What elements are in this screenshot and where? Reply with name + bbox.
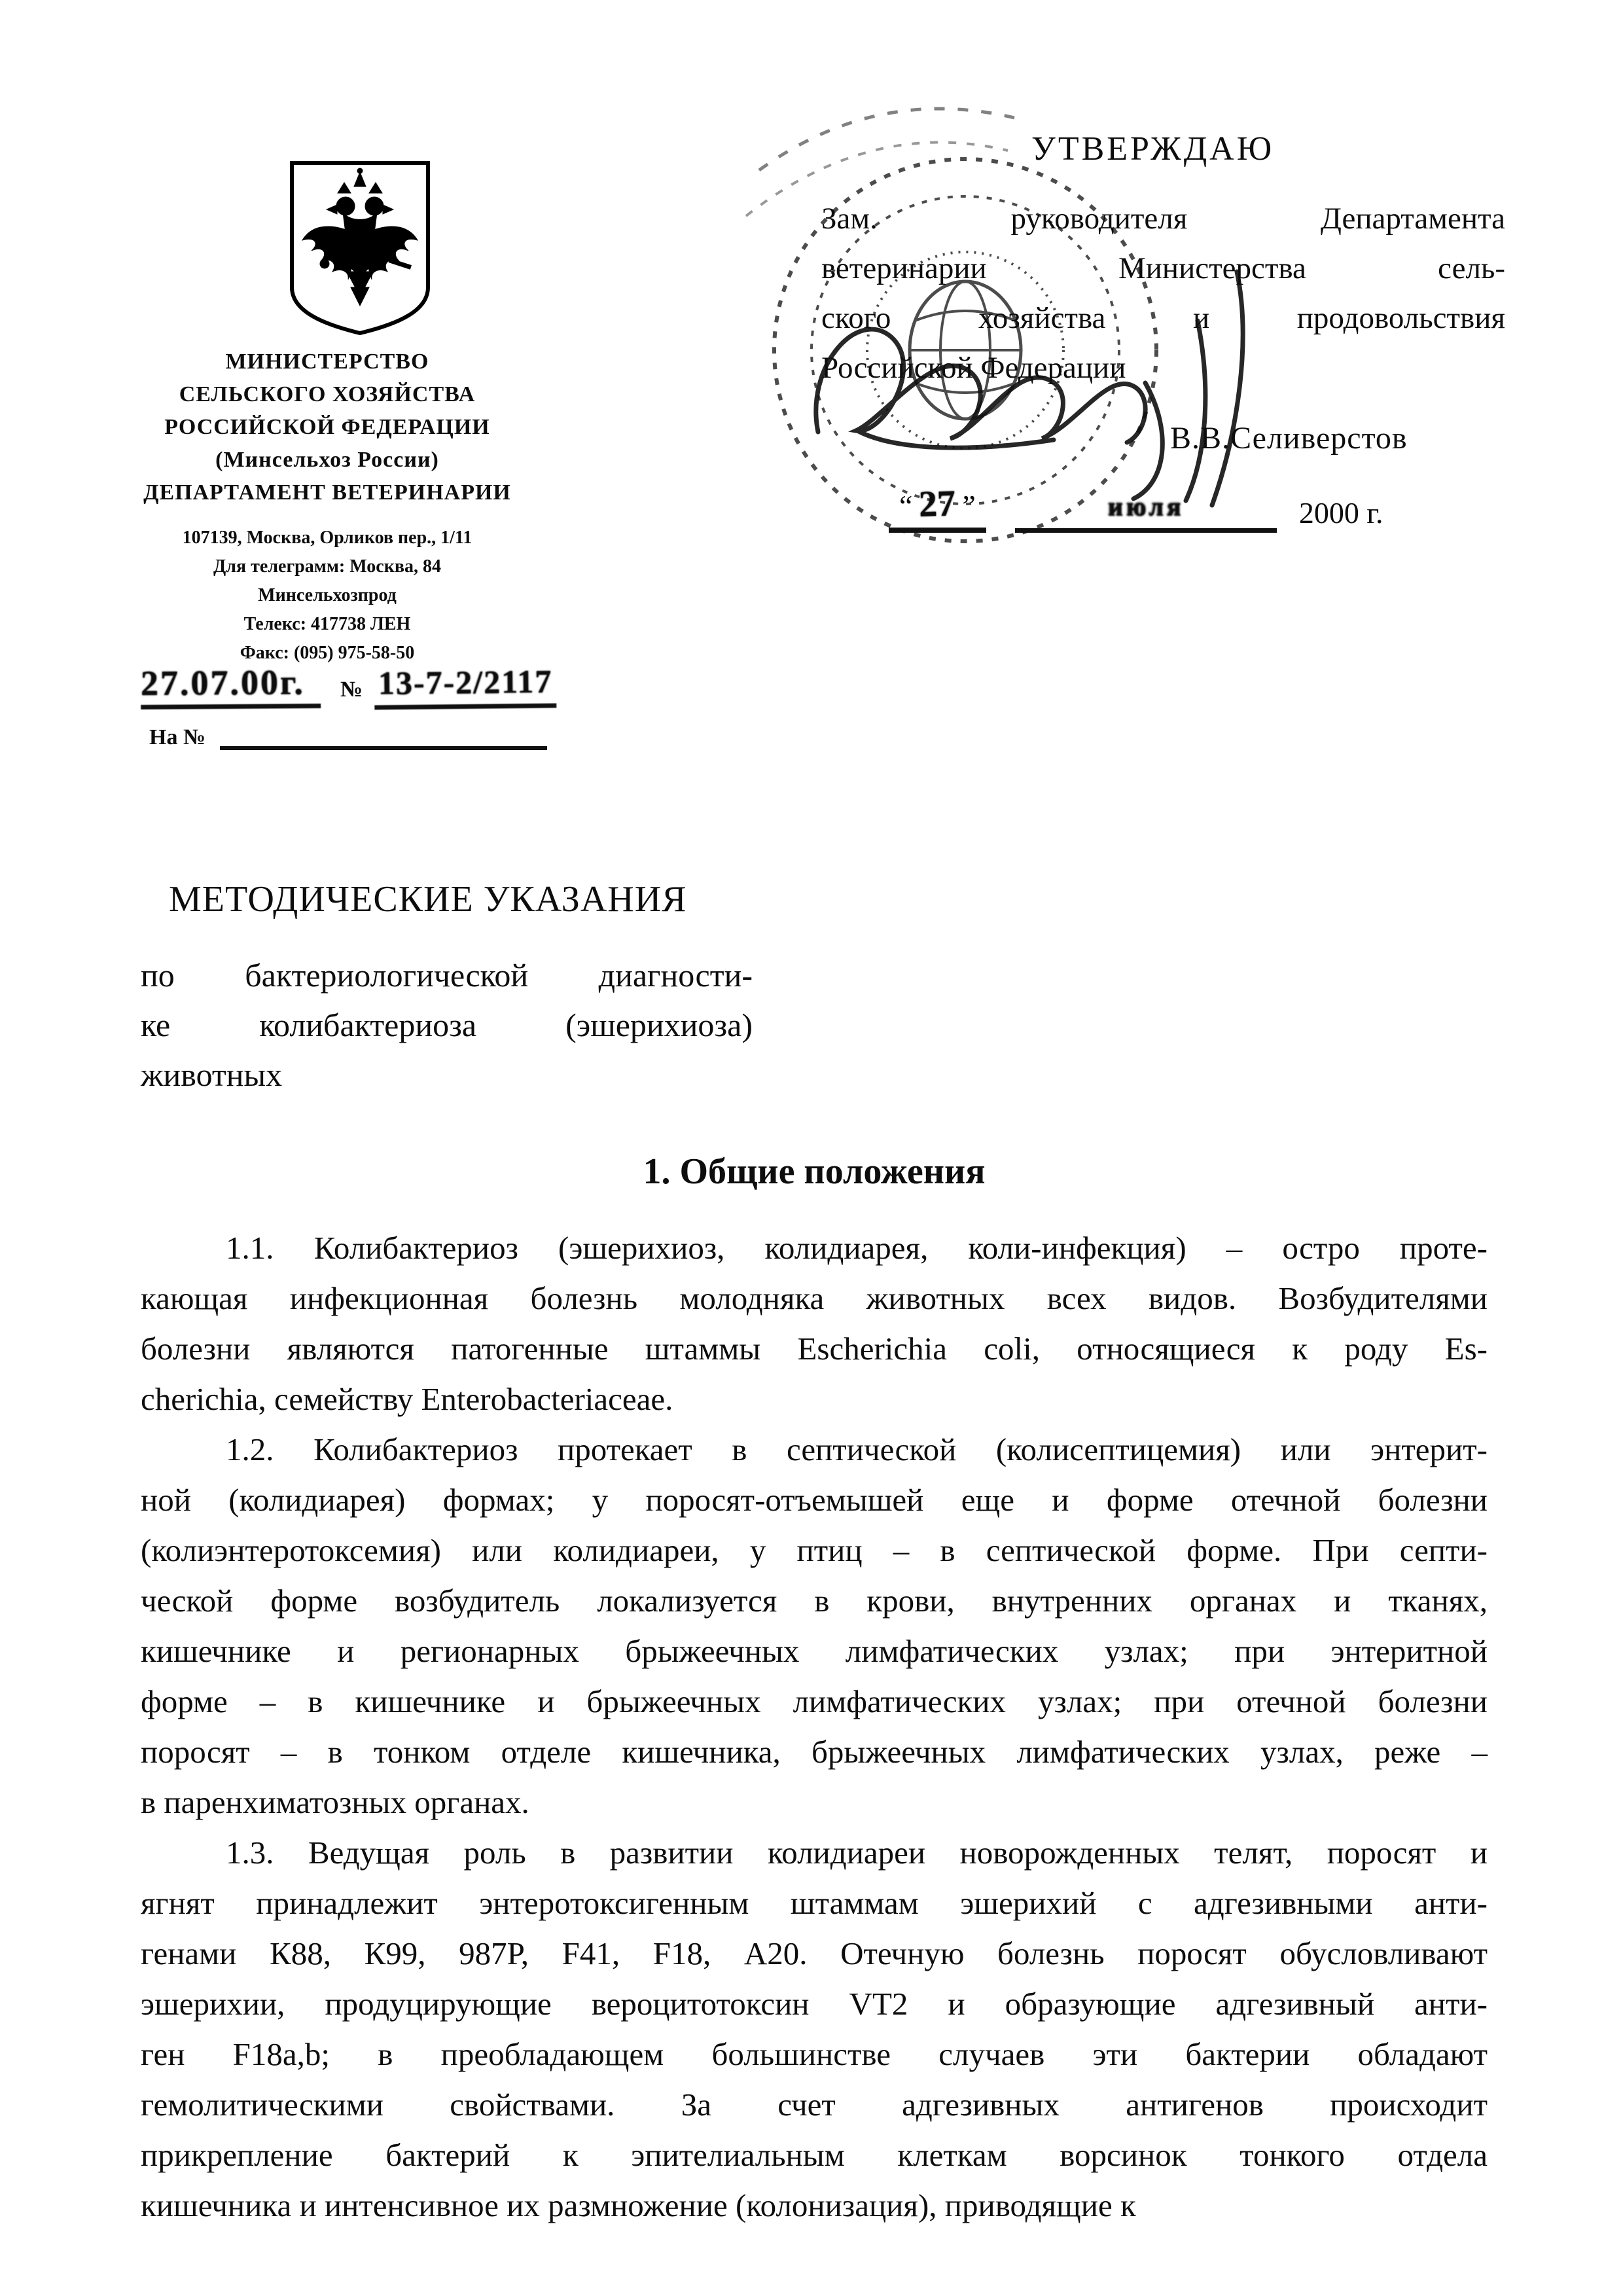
ministry-name-line: СЕЛЬСКОГО ХОЗЯЙСТВА [111,378,543,411]
body-line: генами К88, К99, 987Р, F41, F18, А20. От… [141,1928,1488,1979]
approval-month-stamp: июля [1107,492,1184,521]
body-line: поросят – в тонком отделе кишечника, бры… [141,1727,1488,1777]
approval-day-handwritten: 27 [918,482,956,526]
body-line: ягнят принадлежит энтеротоксигенным штам… [141,1878,1488,1928]
approval-date-line: “27” июля 2000 г. [889,483,1383,533]
body-line: кишечнике и регионарных брыжеечных лимфа… [141,1626,1488,1676]
telex-line: Телекс: 417738 ЛЕН [111,610,543,639]
approval-day-field: “27” [889,483,986,533]
body-line: прикрепление бактерий к эпителиальным кл… [141,2130,1488,2180]
subtitle-line: по бактериологической диагности- [141,950,753,1000]
address-block: 107139, Москва, Орликов пер., 1/11 Для т… [111,524,543,668]
approval-year: 2000 г. [1299,495,1383,533]
approval-header: УТВЕРЖДАЮ [1031,130,1274,168]
scanned-document-page: МИНИСТЕРСТВО СЕЛЬСКОГО ХОЗЯЙСТВА РОССИЙС… [0,0,1623,2296]
close-quote: ” [955,489,982,522]
telegram-name: Минсельхозпрод [111,581,543,610]
reply-to-number-line: На № [149,720,547,750]
body-line: 1.3. Ведущая роль в развитии колидиареи … [141,1827,1488,1878]
body-line: 1.2. Колибактериоз протекает в септическ… [141,1424,1488,1475]
letterhead-block: МИНИСТЕРСТВО СЕЛЬСКОГО ХОЗЯЙСТВА РОССИЙС… [111,346,543,668]
approval-line: ского хозяйства и продовольствия [821,293,1505,343]
number-sign: № [340,677,363,702]
body-line: кающая инфекционная болезнь молодняка жи… [141,1273,1488,1323]
body-line: (колиэнтеротоксемия) или колидиареи, у п… [141,1525,1488,1575]
open-quote: “ [893,489,919,522]
outgoing-number-stamp: 13-7-2/2117 [374,663,557,710]
body-line: в паренхиматозных органах. [141,1777,1488,1827]
document-title: МЕТОДИЧЕСКИЕ УКАЗАНИЯ [169,878,687,920]
telegram-address: Для телеграмм: Москва, 84 [111,552,543,581]
section-heading: 1. Общие положения [141,1151,1488,1193]
ministry-name-line: МИНИСТЕРСТВО [111,346,543,378]
postal-address: 107139, Москва, Орликов пер., 1/11 [111,524,543,552]
document-subtitle-block: по бактериологической диагности- ке коли… [141,950,753,1100]
approval-line: Российской Федерации [821,343,1505,393]
outgoing-date-stamp: 27.07.00г. [141,663,321,709]
body-line: ческой форме возбудитель локализуется в … [141,1575,1488,1626]
coat-of-arms-icon [287,159,433,337]
body-line: 1.1. Колибактериоз (эшерихиоз, колидиаре… [141,1223,1488,1273]
body-line: гемолитическими свойствами. За счет адге… [141,2079,1488,2130]
subtitle-line: животных [141,1050,753,1100]
approval-text-block: Зам. руководителя Департамента ветеринар… [821,194,1505,393]
section-body: 1.1. Колибактериоз (эшерихиоз, колидиаре… [141,1223,1488,2231]
approval-line: ветеринарии Министерства сель- [821,243,1505,293]
reply-to-label: На № [149,725,205,750]
department-name: ДЕПАРТАМЕНТ ВЕТЕРИНАРИИ [111,476,543,509]
outgoing-registration-line: 27.07.00г. № 13-7-2/2117 [141,664,557,709]
body-line: ной (колидиарея) формах; у поросят-отъем… [141,1475,1488,1525]
approval-month-field: июля [1015,488,1277,533]
body-line: эшерихии, продуцирующие вероцитотоксин V… [141,1979,1488,2029]
signer-name: В.В.Селиверстов [1170,420,1408,456]
body-line: форме – в кишечнике и брыжеечных лимфати… [141,1676,1488,1727]
ministry-name-line: РОССИЙСКОЙ ФЕДЕРАЦИИ [111,411,543,444]
body-line: ген F18a,b; в преобладающем большинстве … [141,2029,1488,2079]
body-line: cherichia, семейству Enterobacteriaceae. [141,1374,1488,1424]
ministry-short-name: (Минсельхоз России) [111,444,543,476]
body-line: болезни являются патогенные штаммы Esche… [141,1323,1488,1374]
subtitle-line: ке колибактериоза (эшерихиоза) [141,1000,753,1050]
reply-to-number-underline [220,720,547,750]
approval-line: Зам. руководителя Департамента [821,194,1505,243]
body-line: кишечника и интенсивное их размножение (… [141,2180,1488,2231]
